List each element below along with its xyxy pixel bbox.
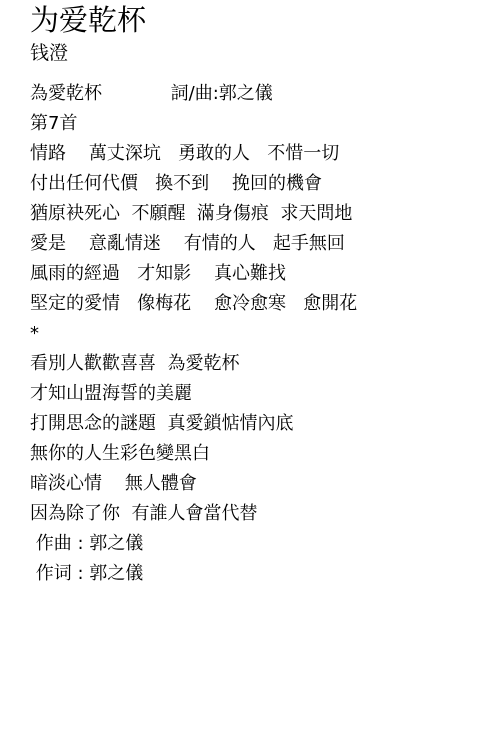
lyric-line: 才知山盟海誓的美麗: [30, 379, 500, 409]
lyric-line: 堅定的愛情 像梅花 愈冷愈寒 愈開花: [30, 289, 500, 319]
lyric-line: 看別人歡歡喜喜 為愛乾杯: [30, 349, 500, 379]
lyric-line: 打開思念的謎題 真愛鎖惦情內底: [30, 409, 500, 439]
lyricist-credit: 作词 : 郭之儀: [30, 559, 500, 589]
lyric-line: 猶原袂死心 不願醒 滿身傷痕 求天問地: [30, 199, 500, 229]
lyrics-body: 為愛乾杯 詞/曲:郭之儀 第7首 情路 萬丈深坑 勇敢的人 不惜一切 付出任何代…: [30, 79, 500, 589]
composer-credit: 作曲 : 郭之儀: [30, 529, 500, 559]
lyric-line: 因為除了你 有誰人會當代替: [30, 499, 500, 529]
lyrics-page: 为爱乾杯 钱澄 為愛乾杯 詞/曲:郭之儀 第7首 情路 萬丈深坑 勇敢的人 不惜…: [30, 0, 500, 589]
track-number-line: 第7首: [30, 109, 500, 139]
lyric-line: 情路 萬丈深坑 勇敢的人 不惜一切: [30, 139, 500, 169]
lyric-line: 風雨的經過 才知影 真心難找: [30, 259, 500, 289]
lyric-line: 付出任何代價 換不到 挽回的機會: [30, 169, 500, 199]
lyric-line: 暗淡心情 無人體會: [30, 469, 500, 499]
chorus-marker: *: [30, 319, 500, 349]
song-artist: 钱澄: [30, 39, 500, 67]
lyric-line: 無你的人生彩色變黑白: [30, 439, 500, 469]
song-title: 为爱乾杯: [30, 0, 500, 39]
lyric-header-line: 為愛乾杯 詞/曲:郭之儀: [30, 79, 500, 109]
lyric-line: 愛是 意亂情迷 有情的人 起手無回: [30, 229, 500, 259]
